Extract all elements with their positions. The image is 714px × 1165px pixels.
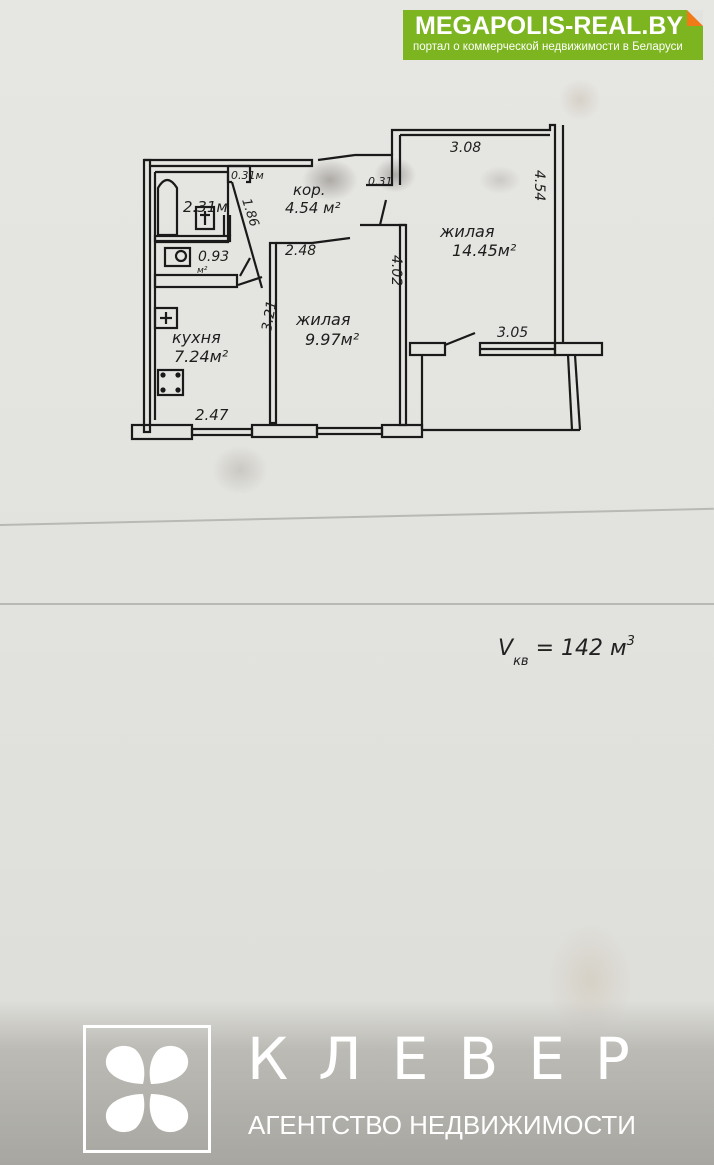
dimension-4-02: 4.02 [388,255,404,286]
clover-icon [86,1028,208,1150]
paper-fold-line [0,603,714,605]
volume-subscript: кв [513,654,529,669]
corridor-label: кор. [293,181,326,199]
living-small-area-label: 9.97м² [305,330,360,349]
agency-tagline: АГЕНТСТВО НЕДВИЖИМОСТИ [248,1110,636,1141]
kitchen-area-label: 7.24м² [174,347,229,366]
bathroom-area-label: 2.31м [183,198,228,216]
wall-left-outer [144,160,150,432]
living-small-label: жилая [295,310,351,329]
toilet-area-label: 0.93 [198,249,229,265]
toilet-area-unit: м² [197,266,208,276]
storage-area-label: 0.31 [368,175,393,188]
agency-name: КЛЕВЕР [247,1030,660,1088]
dimension-2-47: 2.47 [195,406,229,424]
floor-plan-drawing: 2.31м 0.31м 0.93 м² 1.86 кор. 4.54 м² 0.… [0,0,714,460]
living-large-area-label: 14.45м² [452,241,517,260]
dimension-4-54: 4.54 [531,170,547,201]
volume-superscript: 3 [627,634,635,649]
dimension-3-08: 3.08 [450,140,481,156]
living-large-label: жилая [439,222,495,241]
volume-symbol: V [498,636,513,661]
volume-value: = 142 м [536,636,627,661]
dimension-3-05: 3.05 [497,325,528,341]
apartment-volume-note: Vкв = 142 м3 [498,636,635,661]
corridor-area-label: 4.54 м² [285,199,341,217]
kitchen-label: кухня [172,328,221,347]
agency-logo [83,1025,211,1153]
dimension-3-21: 3.21 [259,299,280,332]
closet-area-label: 0.31м [231,169,264,182]
dimension-2-48: 2.48 [285,243,316,259]
